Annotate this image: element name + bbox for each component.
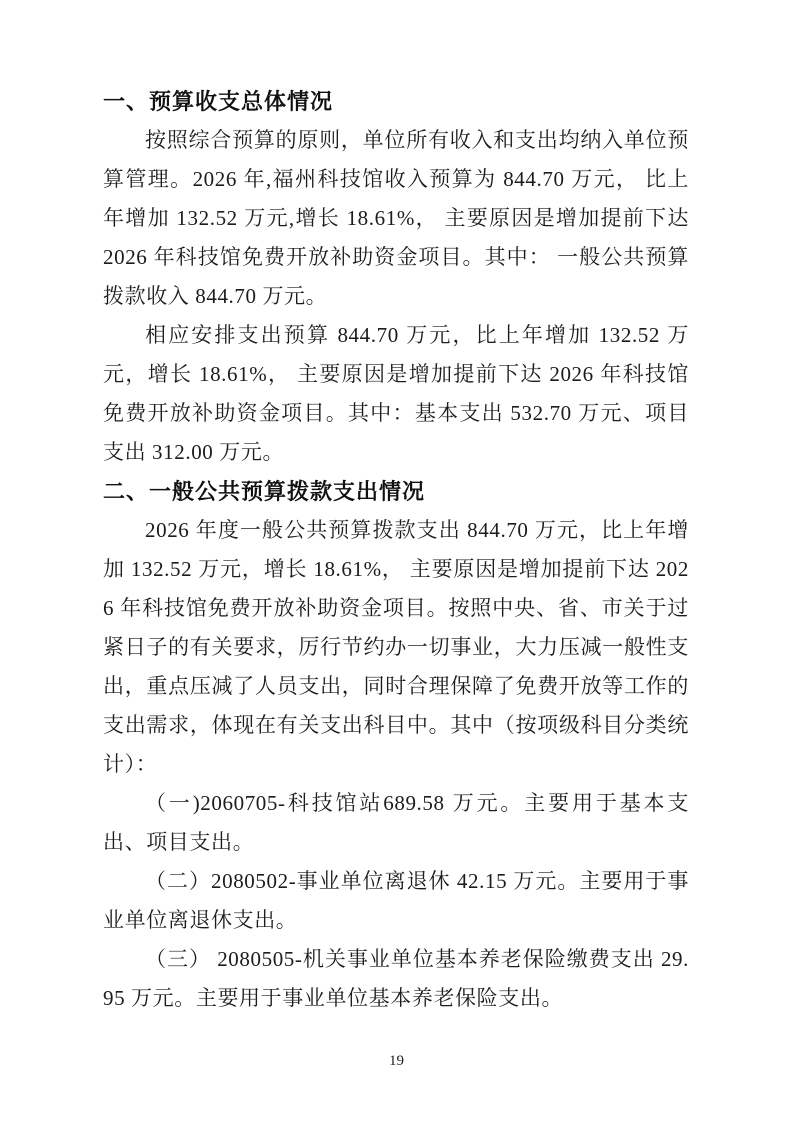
list-item-pension-insurance: （三） 2080505-机关事业单位基本养老保险缴费支出 29.95 万元。主要…: [103, 940, 689, 1018]
document-content: 一、预算收支总体情况 按照综合预算的原则，单位所有收入和支出均纳入单位预算管理。…: [103, 82, 689, 1018]
section-1-heading: 一、预算收支总体情况: [103, 82, 689, 121]
list-item-science-museum-station: （一)2060705-科技馆站689.58 万元。主要用于基本支出、项目支出。: [103, 784, 689, 862]
list-item-retirement: （二）2080502-事业单位离退休 42.15 万元。主要用于事业单位离退休支…: [103, 862, 689, 940]
document-page: 一、预算收支总体情况 按照综合预算的原则，单位所有收入和支出均纳入单位预算管理。…: [0, 0, 793, 1123]
para-expenditure-overview: 相应安排支出预算 844.70 万元，比上年增加 132.52 万元，增长 18…: [103, 316, 689, 472]
section-public-budget-expenditure: 二、一般公共预算拨款支出情况 2026 年度一般公共预算拨款支出 844.70 …: [103, 472, 689, 1018]
section-budget-overview: 一、预算收支总体情况 按照综合预算的原则，单位所有收入和支出均纳入单位预算管理。…: [103, 82, 689, 472]
page-footer: 19: [0, 1052, 793, 1070]
para-income-overview: 按照综合预算的原则，单位所有收入和支出均纳入单位预算管理。2026 年,福州科技…: [103, 121, 689, 316]
para-public-budget-detail: 2026 年度一般公共预算拨款支出 844.70 万元，比上年增加 132.52…: [103, 511, 689, 784]
section-2-heading: 二、一般公共预算拨款支出情况: [103, 472, 689, 511]
page-number: 19: [389, 1053, 404, 1069]
